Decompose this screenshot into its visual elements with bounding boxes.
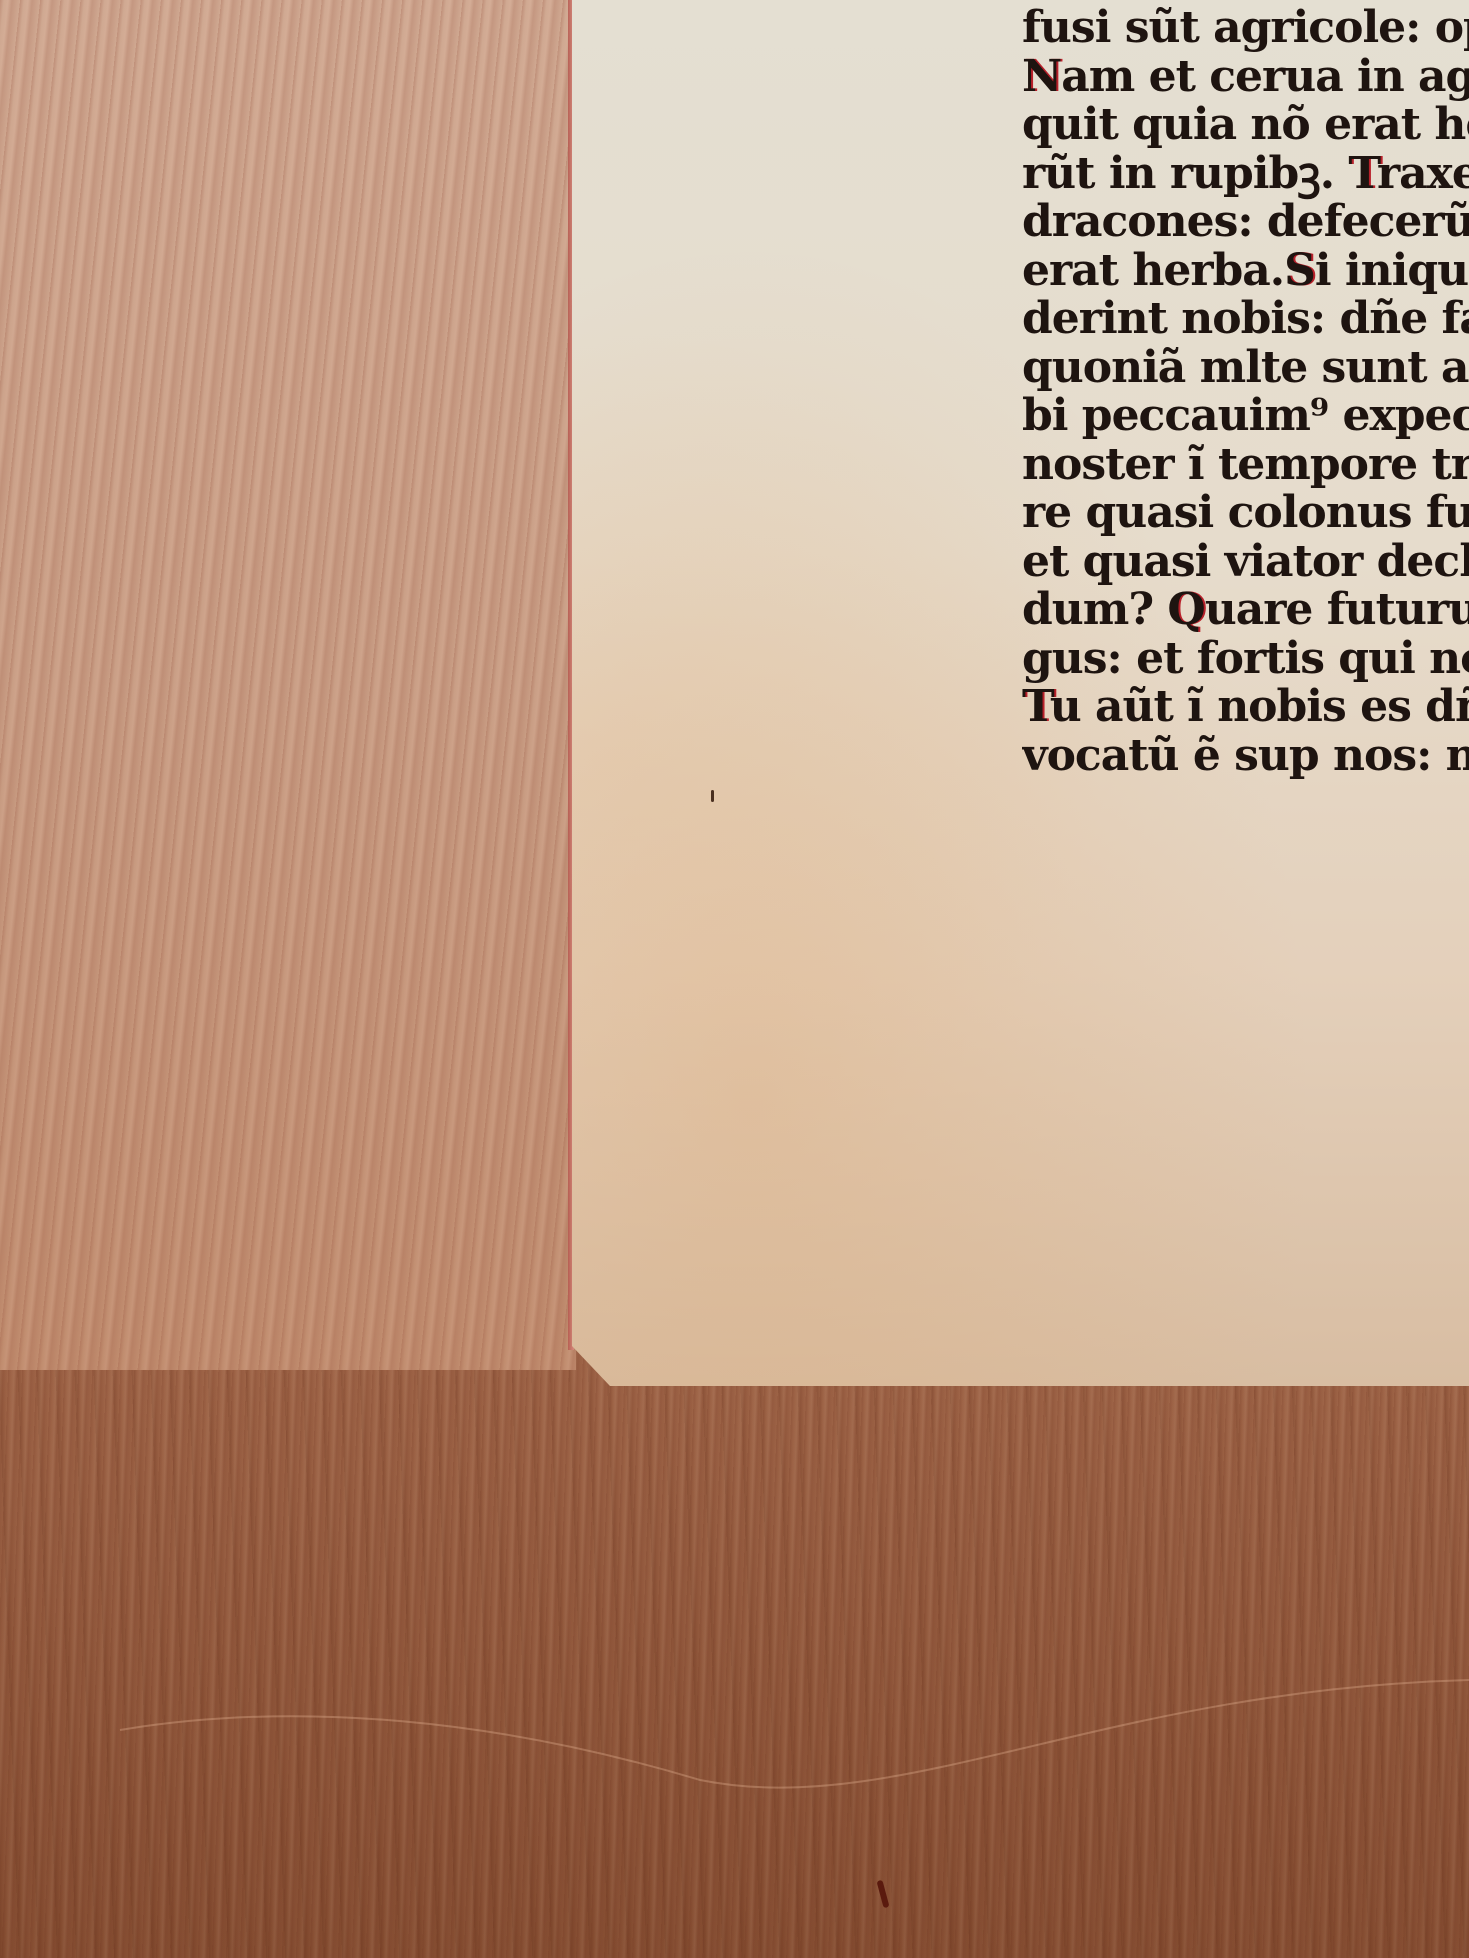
wood-knot-mark bbox=[876, 1880, 889, 1909]
blackletter-text-column: fusi sũt agricole: operuerũ Nam et cerua… bbox=[1022, 4, 1469, 780]
text-line: bi peccauim⁹ expectatio bbox=[1022, 392, 1469, 441]
rubricated-initial: Q bbox=[1167, 584, 1204, 635]
text-line: Nam et cerua in agro bbox=[1022, 53, 1469, 102]
text-line: quit quia nõ erat herba: bbox=[1022, 101, 1469, 150]
text-line: quoniã mlte sunt auers bbox=[1022, 344, 1469, 393]
text-line: re quasi colonus futur bbox=[1022, 489, 1469, 538]
text-line: dum? Quare futurus e bbox=[1022, 586, 1469, 635]
wood-grain-light bbox=[0, 0, 576, 1370]
rubricated-initial: N bbox=[1022, 51, 1061, 102]
text-line: fusi sũt agricole: operuerũ bbox=[1022, 4, 1469, 53]
text-line: gus: et fortis qui non p bbox=[1022, 635, 1469, 684]
text-line: et quasi viator declina bbox=[1022, 538, 1469, 587]
pin-prick-mark bbox=[711, 790, 714, 802]
text-line: derint nobis: dñe fac ꝓp bbox=[1022, 295, 1469, 344]
text-line: vocatũ ẽ sup nos: ne de bbox=[1022, 732, 1469, 781]
text-line: noster ĩ tempore tribule bbox=[1022, 441, 1469, 490]
text-line: erat herba.Si iniquitate bbox=[1022, 247, 1469, 296]
wood-scratch bbox=[0, 1660, 1469, 1820]
text-line: Tu aũt ĩ nobis es dñe: bbox=[1022, 683, 1469, 732]
rubricated-initial: T bbox=[1022, 681, 1050, 732]
rubricated-initial: T bbox=[1348, 148, 1377, 199]
text-line: dracones: defecerũt ocul bbox=[1022, 198, 1469, 247]
wood-surface: fusi sũt agricole: operuerũ Nam et cerua… bbox=[0, 0, 1469, 1958]
text-line: rũt in rupibꝫ. Traxerũt bbox=[1022, 150, 1469, 199]
rubricated-initial: S bbox=[1284, 245, 1315, 296]
